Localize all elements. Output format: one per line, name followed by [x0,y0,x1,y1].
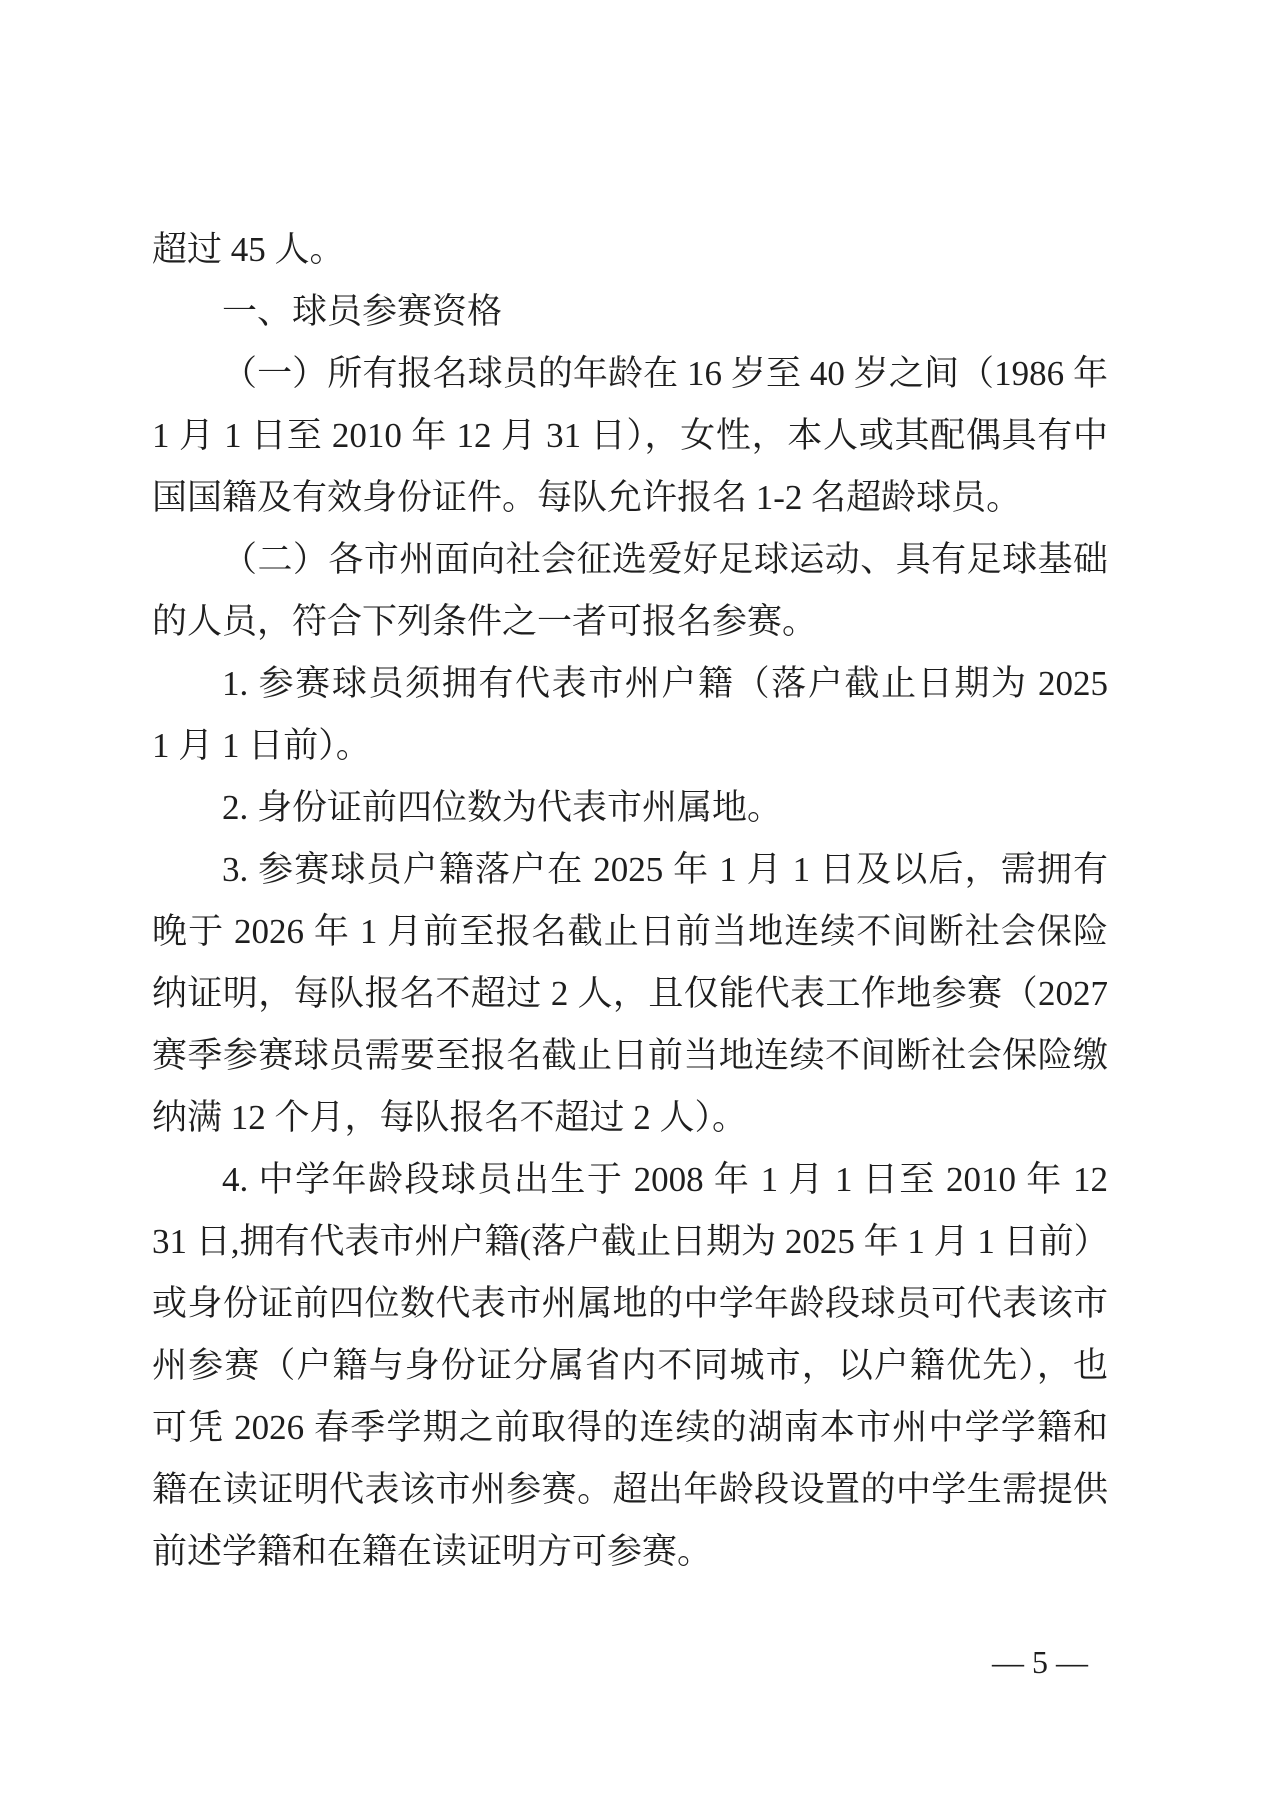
text-line: 3. 参赛球员户籍落户在 2025 年 1 月 1 日及以后，需拥有不 [152,839,1108,901]
text-line: （二）各市州面向社会征选爱好足球运动、具有足球基础 [152,529,1108,591]
text-line: 州参赛（户籍与身份证分属省内不同城市，以户籍优先），也 [152,1335,1108,1397]
page-number: — 5 — [955,1640,1125,1684]
text-line: 31 日,拥有代表市州户籍(落户截止日期为 2025 年 1 月 1 日前） [152,1211,1108,1273]
text-line: 纳满 12 个月，每队报名不超过 2 人）。 [152,1087,1108,1149]
text-line: 或身份证前四位数代表市州属地的中学年龄段球员可代表该市 [152,1273,1108,1335]
text-line: 可凭 2026 春季学期之前取得的连续的湖南本市州中学学籍和在 [152,1397,1108,1459]
text-line: （一）所有报名球员的年龄在 16 岁至 40 岁之间（1986 年 [152,343,1108,405]
text-line: 1 月 1 日至 2010 年 12 月 31 日），女性，本人或其配偶具有中 [152,405,1108,467]
text-line: 籍在读证明代表该市州参赛。超出年龄段设置的中学生需提供 [152,1459,1108,1521]
text-line: 晚于 2026 年 1 月前至报名截止日前当地连续不间断社会保险缴 [152,901,1108,963]
text-line: 1 月 1 日前）。 [152,715,1108,777]
text-line: 2. 身份证前四位数为代表市州属地。 [152,777,1108,839]
text-line: 4. 中学年龄段球员出生于 2008 年 1 月 1 日至 2010 年 12 … [152,1149,1108,1211]
document-text: 超过 45 人。一、球员参赛资格（一）所有报名球员的年龄在 16 岁至 40 岁… [152,219,1108,1583]
text-line: 赛季参赛球员需要至报名截止日前当地连续不间断社会保险缴 [152,1025,1108,1087]
text-line: 1. 参赛球员须拥有代表市州户籍（落户截止日期为 2025 年 [152,653,1108,715]
text-line: 的人员，符合下列条件之一者可报名参赛。 [152,591,1108,653]
document-page: 超过 45 人。一、球员参赛资格（一）所有报名球员的年龄在 16 岁至 40 岁… [0,0,1280,1810]
text-line: 纳证明，每队报名不超过 2 人，且仅能代表工作地参赛（2027 [152,963,1108,1025]
text-line: 超过 45 人。 [152,219,1108,281]
text-line: 前述学籍和在籍在读证明方可参赛。 [152,1521,1108,1583]
text-line: 国国籍及有效身份证件。每队允许报名 1-2 名超龄球员。 [152,467,1108,529]
text-line: 一、球员参赛资格 [152,281,1108,343]
